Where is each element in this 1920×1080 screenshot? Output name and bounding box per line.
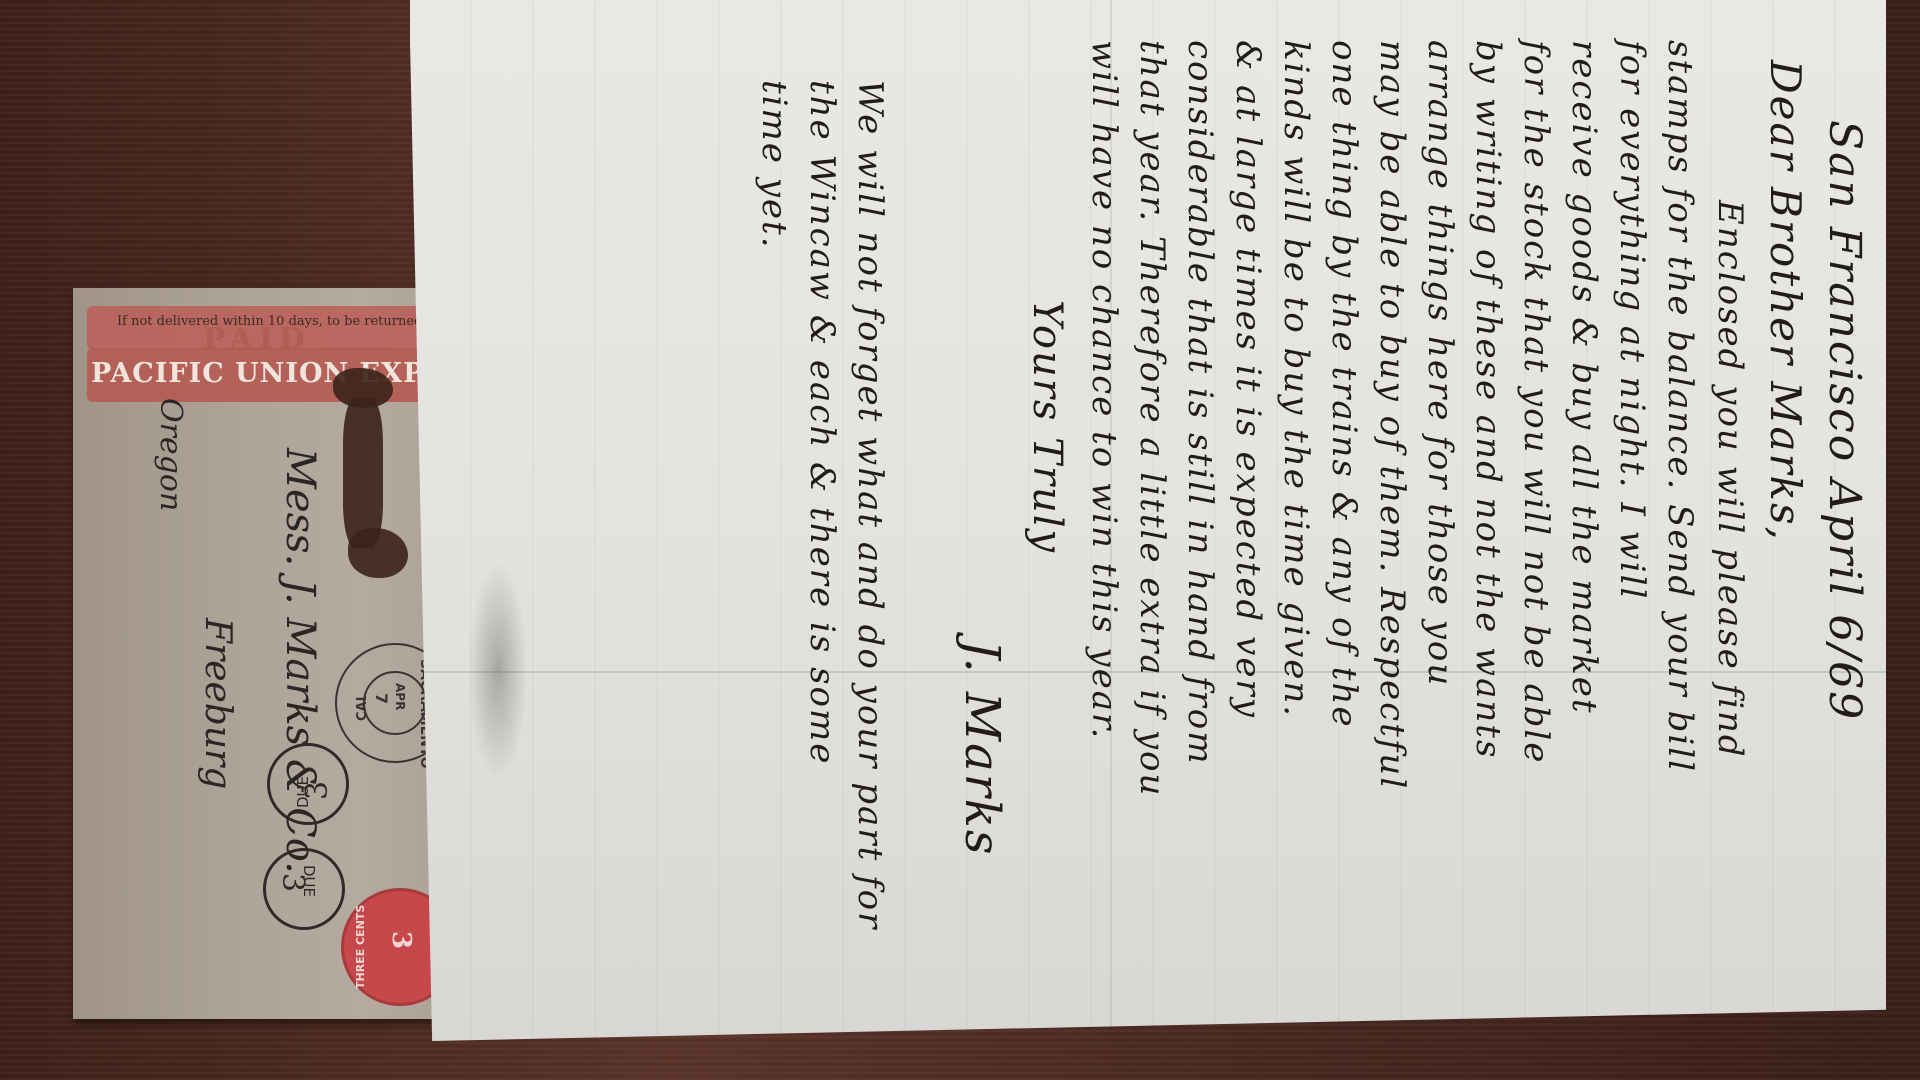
- ink-blot: [343, 398, 383, 548]
- due-value: 3: [275, 873, 310, 892]
- letter-body-line: Enclosed you will please find: [1710, 200, 1750, 759]
- letter-dateline: San Francisco April 6/69: [1819, 120, 1870, 721]
- letter-salutation: Dear Brother Marks,: [1761, 60, 1810, 542]
- letter-body-line: for the stock that you will not be able: [1516, 40, 1556, 764]
- postscript-line: the Wincaw & each & there is some: [802, 80, 842, 765]
- letter-signature: J. Marks: [954, 640, 1010, 856]
- due-value: 3: [300, 781, 335, 800]
- letter-body-line: for everything at night. I will: [1612, 40, 1652, 600]
- letter-body-line: stamps for the balance. Send your bill: [1660, 40, 1700, 773]
- letter-body-line: that year. Therefore a little extra if y…: [1132, 40, 1172, 797]
- letter-closing: Yours Truly: [1024, 300, 1070, 554]
- address-line-state: Oregon: [153, 398, 188, 511]
- stamp-value: 3: [386, 931, 416, 949]
- letter-body-line: receive goods & buy all the market: [1564, 40, 1604, 715]
- letter-body-line: by writing of these and not the wants: [1468, 40, 1508, 759]
- address-line-town: Freeburg: [197, 618, 238, 789]
- postmark-state: CAL: [355, 693, 370, 721]
- postscript-line: We will not forget what and do your part…: [850, 80, 890, 930]
- letter-body-line: one thing by the trains & any of the: [1324, 40, 1364, 728]
- letter-body-line: may be able to buy of them. Respectful: [1372, 40, 1412, 790]
- letter-body-line: kinds will be to buy the time given.: [1276, 40, 1316, 718]
- paid-mark: PAID: [203, 322, 311, 357]
- due-mark: DUE 3: [267, 743, 349, 825]
- letter-body-line: considerable that is still in hand from: [1180, 40, 1220, 765]
- letter-body-line: & at large times it is expected very: [1228, 40, 1268, 719]
- ink-blot: [348, 528, 408, 578]
- postmark-day: 7: [372, 693, 391, 704]
- due-mark: DUE 3: [263, 848, 345, 930]
- letter-body-line: will have no chance to win this year.: [1084, 40, 1124, 740]
- fold-shadow: [468, 560, 528, 780]
- stamp-denomination: THREE CENTS: [354, 905, 367, 989]
- postmark-month: APR: [393, 683, 407, 710]
- handwritten-letter: San Francisco April 6/69 Dear Brother Ma…: [410, 0, 1886, 1041]
- letter-body-line: arrange things here for those you: [1420, 40, 1460, 687]
- postscript-line: time yet.: [754, 80, 794, 250]
